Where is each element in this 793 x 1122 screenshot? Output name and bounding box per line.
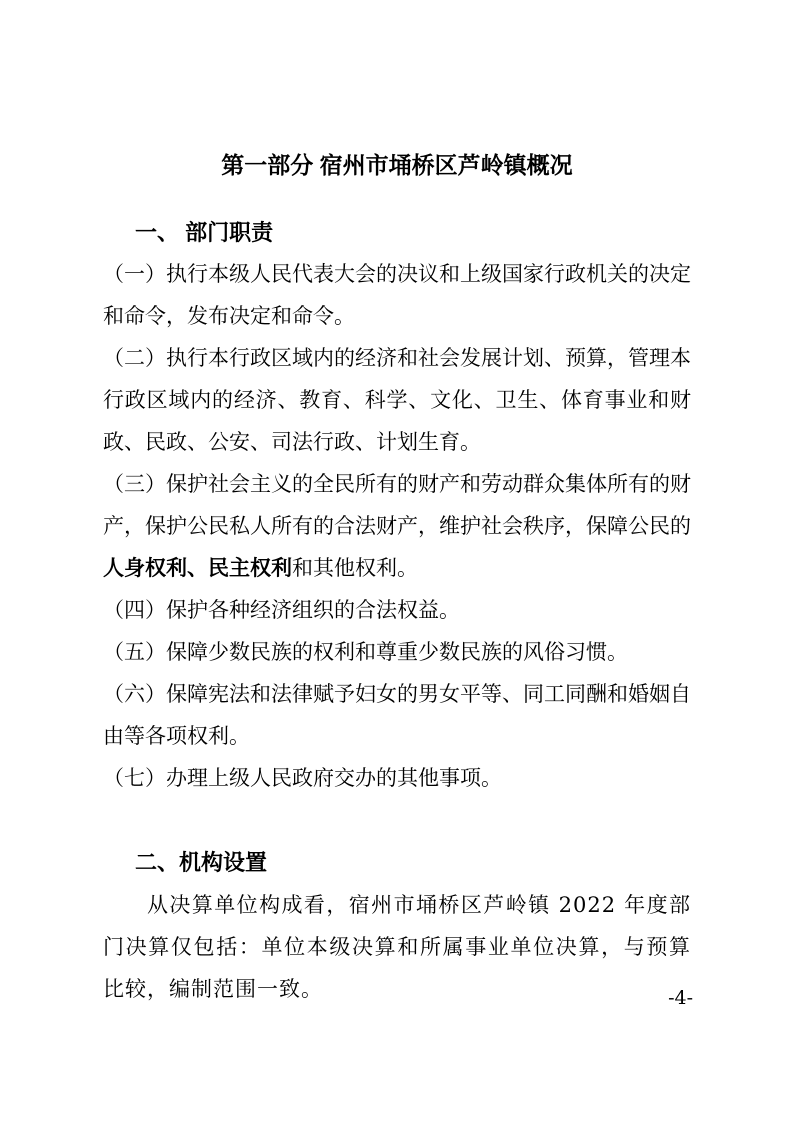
duty-item-7: （七）办理上级人民政府交办的其他事项。	[103, 758, 691, 800]
duty-item-5: （五）保障少数民族的权利和尊重少数民族的风俗习惯。	[103, 632, 691, 674]
duty-item-3-bold: 人身权利、民主权利	[103, 557, 292, 580]
document-page: 第一部分 宿州市埇桥区芦岭镇概况 一、 部门职责 （一）执行本级人民代表大会的决…	[0, 0, 793, 1122]
duty-item-2: （二）执行本行政区域内的经济和社会发展计划、预算，管理本行政区域内的经济、教育、…	[103, 338, 691, 464]
duty-item-3-post: 和其他权利。	[292, 557, 418, 580]
duty-item-4: （四）保护各种经济组织的合法权益。	[103, 590, 691, 632]
document-content: 第一部分 宿州市埇桥区芦岭镇概况 一、 部门职责 （一）执行本级人民代表大会的决…	[103, 150, 691, 1010]
section2-heading: 二、机构设置	[103, 842, 691, 884]
org-setup-paragraph: 从决算单位构成看，宿州市埇桥区芦岭镇 2022 年度部门决算仅包括：单位本级决算…	[103, 884, 691, 1010]
duty-item-3: （三）保护社会主义的全民所有的财产和劳动群众集体所有的财产，保护公民私人所有的合…	[103, 464, 691, 590]
document-title: 第一部分 宿州市埇桥区芦岭镇概况	[103, 150, 691, 180]
duty-item-3-pre: （三）保护社会主义的全民所有的财产和劳动群众集体所有的财产，保护公民私人所有的合…	[103, 473, 691, 538]
section1-heading: 一、 部门职责	[103, 212, 691, 254]
duty-item-6: （六）保障宪法和法律赋予妇女的男女平等、同工同酬和婚姻自由等各项权利。	[103, 674, 691, 758]
page-number: -4-	[668, 986, 693, 1010]
duty-item-1: （一）执行本级人民代表大会的决议和上级国家行政机关的决定和命令，发布决定和命令。	[103, 254, 691, 338]
